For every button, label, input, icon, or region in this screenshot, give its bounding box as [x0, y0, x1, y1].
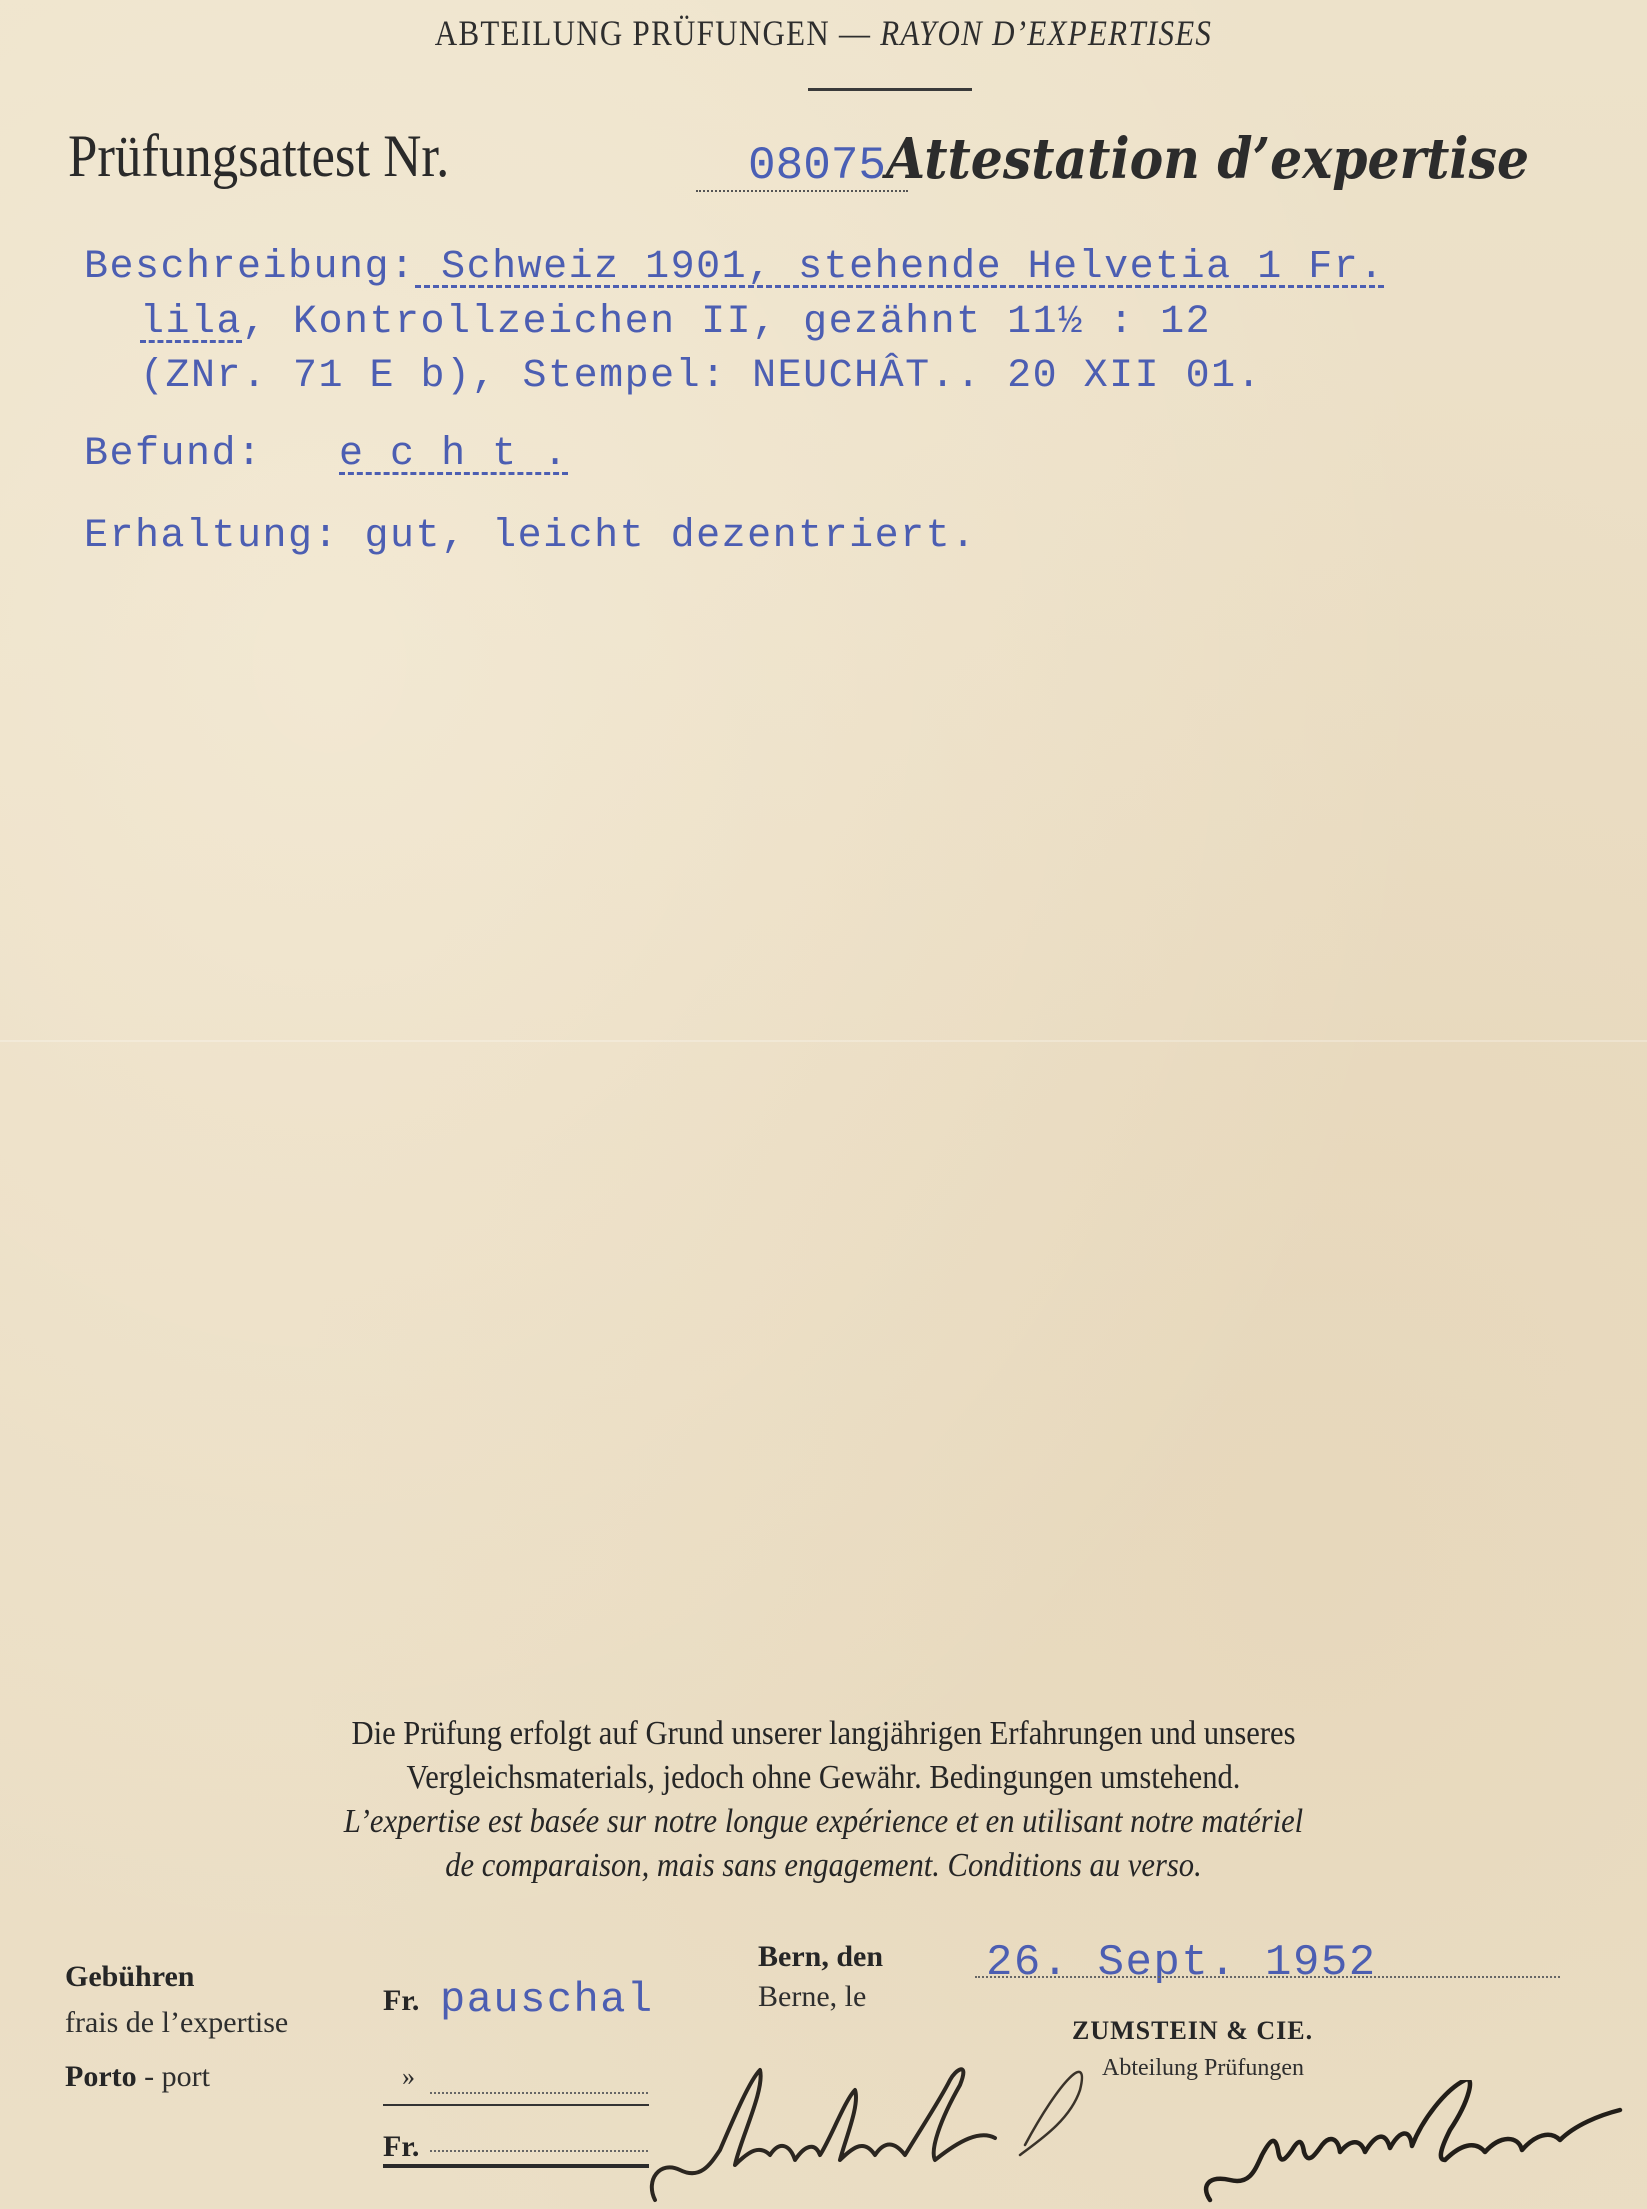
fee-value: pauschal — [440, 1976, 654, 2024]
title-de: Prüfungsattest Nr. — [68, 122, 449, 191]
porto-dotted-line — [430, 2092, 648, 2094]
description-label: Beschreibung: — [84, 245, 416, 290]
porto-marker: » — [402, 2062, 415, 2092]
condition-value: gut, leicht dezentriert. — [339, 514, 977, 559]
disclaimer-de-2: Vergleichsmaterials, jedoch ohne Gewähr.… — [82, 1756, 1564, 1800]
department-header: ABTEILUNG PRÜFUNGEN — RAYON D’EXPERTISES — [115, 12, 1531, 54]
issue-date: 26. Sept. 1952 — [986, 1938, 1377, 1988]
issuer-company: ZUMSTEIN & CIE. — [1072, 2016, 1313, 2046]
header-divider — [808, 88, 972, 91]
fees-label-fr: frais de l’expertise — [65, 2006, 288, 2040]
finding-row: Befund: e c h t . — [84, 432, 569, 477]
condition-row: Erhaltung: gut, leicht dezentriert. — [84, 514, 977, 559]
department-de: ABTEILUNG PRÜFUNGEN — [435, 13, 830, 53]
signature-2 — [1200, 2080, 1647, 2209]
department-fr: RAYON D’EXPERTISES — [880, 13, 1212, 53]
finding-label: Befund: — [84, 432, 263, 477]
finding-value: e c h t . — [339, 432, 569, 477]
description-line-2: lila, Kontrollzeichen II, gezähnt 11½ : … — [140, 300, 1211, 345]
place-label-de: Bern, den — [758, 1940, 883, 1974]
fee-currency: Fr. — [383, 1984, 419, 2018]
porto-label: Porto - port — [65, 2060, 210, 2094]
porto-label-de: Porto — [65, 2060, 137, 2093]
signature-1 — [640, 2060, 1100, 2209]
description-line-1: Beschreibung: Schweiz 1901, stehende Hel… — [84, 245, 1385, 290]
disclaimer: Die Prüfung erfolgt auf Grund unserer la… — [0, 1712, 1647, 1888]
issuer-department: Abteilung Prüfungen — [1102, 2055, 1304, 2082]
porto-separator: - — [137, 2060, 162, 2093]
description-line-3: (ZNr. 71 E b), Stempel: NEUCHÂT.. 20 XII… — [140, 354, 1262, 399]
title-fr: Attestation d’expertise — [886, 126, 1529, 192]
description-color: lila — [140, 300, 242, 345]
disclaimer-fr-1: L’expertise est basée sur notre longue e… — [82, 1800, 1564, 1844]
description-text-2: , Kontrollzeichen II, gezähnt 11½ : 12 — [242, 300, 1211, 345]
description-text-1: Schweiz 1901, stehende Helvetia 1 Fr. — [416, 245, 1385, 290]
place-label-fr: Berne, le — [758, 1980, 866, 2014]
disclaimer-fr-2: de comparaison, mais sans engagement. Co… — [82, 1844, 1564, 1888]
porto-label-fr: port — [162, 2060, 210, 2093]
total-dotted-line — [430, 2150, 648, 2152]
condition-label: Erhaltung: — [84, 514, 339, 559]
total-rule — [383, 2164, 649, 2168]
paper-fold — [0, 1040, 1647, 1042]
sum-rule — [383, 2104, 649, 2106]
certificate-number: 08075 — [748, 140, 886, 192]
total-currency: Fr. — [383, 2130, 419, 2164]
disclaimer-de-1: Die Prüfung erfolgt auf Grund unserer la… — [82, 1712, 1564, 1756]
fees-label-de: Gebühren — [65, 1960, 194, 1994]
certificate-title: Prüfungsattest Nr. 08075 Attestation d’e… — [68, 122, 1647, 202]
description-text-3: (ZNr. 71 E b), Stempel: NEUCHÂT.. 20 XII… — [140, 354, 1262, 399]
header-separator: — — [830, 13, 880, 53]
date-dotted-line — [975, 1976, 1560, 1978]
